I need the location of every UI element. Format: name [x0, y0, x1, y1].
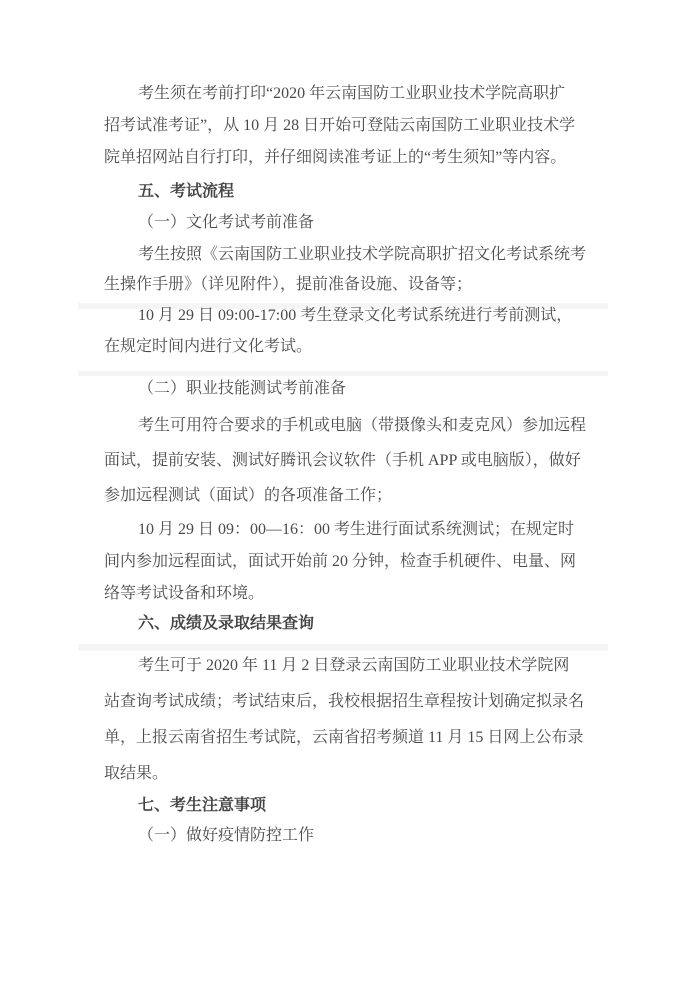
text-line: 考生可用符合要求的手机或电脑（带摄像头和麦克风）参加远程: [104, 408, 600, 443]
text-line: 10 月 29 日 09：00—16：00 考生进行面试系统测试；在规定时: [104, 514, 600, 546]
paragraph: 10 月 29 日 09:00-17:00 考生登录文化考试系统进行考前测试，在…: [104, 300, 600, 362]
text-line: 10 月 29 日 09:00-17:00 考生登录文化考试系统进行考前测试，: [104, 300, 600, 331]
section-heading: 七、考生注意事项: [104, 792, 600, 820]
text-line: 考生须在考前打印“2020 年云南国防工业职业技术学院高职扩: [104, 78, 600, 110]
document-page: 考生须在考前打印“2020 年云南国防工业职业技术学院高职扩招考试准考证”，从 …: [0, 0, 700, 989]
subsection-heading: （一）做好疫情防控工作: [104, 820, 600, 852]
section-heading: 六、成绩及录取结果查询: [104, 610, 600, 638]
text-line: 五、考试流程: [104, 176, 600, 208]
text-line: 生操作手册》（详见附件），提前准备设施、设备等；: [104, 270, 600, 300]
text-line: 考生按照《云南国防工业职业技术学院高职扩招文化考试系统考: [104, 240, 600, 270]
text-line: 考生可于 2020 年 11 月 2 日登录云南国防工业职业技术学院网: [104, 648, 600, 684]
text-line: 在规定时间内进行文化考试。: [104, 331, 600, 362]
paragraph: 10 月 29 日 09：00—16：00 考生进行面试系统测试；在规定时间内参…: [104, 514, 600, 610]
paragraph: 考生按照《云南国防工业职业技术学院高职扩招文化考试系统考生操作手册》（详见附件）…: [104, 240, 600, 300]
subsection-heading: （一）文化考试考前准备: [104, 208, 600, 238]
text-line: 面试，提前安装、测试好腾讯会议软件（手机 APP 或电脑版），做好: [104, 443, 600, 478]
subsection-heading: （二）职业技能测试考前准备: [104, 373, 600, 405]
text-line: 七、考生注意事项: [104, 792, 600, 820]
section-heading: 五、考试流程: [104, 176, 600, 208]
paragraph: 考生须在考前打印“2020 年云南国防工业职业技术学院高职扩招考试准考证”，从 …: [104, 78, 600, 174]
text-line: 参加远程测试（面试）的各项准备工作；: [104, 478, 600, 513]
text-line: 单，上报云南省招生考试院，云南省招考频道 11 月 15 日网上公布录: [104, 720, 600, 756]
document-text-content: 考生须在考前打印“2020 年云南国防工业职业技术学院高职扩招考试准考证”，从 …: [104, 78, 600, 852]
text-line: 站查询考试成绩；考试结束后，我校根据招生章程按计划确定拟录名: [104, 684, 600, 720]
text-line: 络等考试设备和环境。: [104, 578, 600, 610]
paragraph: 考生可于 2020 年 11 月 2 日登录云南国防工业职业技术学院网站查询考试…: [104, 648, 600, 792]
text-line: （一）做好疫情防控工作: [104, 820, 600, 852]
paragraph: 考生可用符合要求的手机或电脑（带摄像头和麦克风）参加远程面试，提前安装、测试好腾…: [104, 408, 600, 513]
text-line: （一）文化考试考前准备: [104, 208, 600, 238]
text-line: （二）职业技能测试考前准备: [104, 373, 600, 405]
text-line: 招考试准考证”，从 10 月 28 日开始可登陆云南国防工业职业技术学: [104, 110, 600, 142]
text-line: 间内参加远程面试，面试开始前 20 分钟，检查手机硬件、电量、网: [104, 546, 600, 578]
text-line: 取结果。: [104, 756, 600, 792]
text-line: 六、成绩及录取结果查询: [104, 610, 600, 638]
text-line: 院单招网站自行打印，并仔细阅读准考证上的“考生须知”等内容。: [104, 142, 600, 174]
